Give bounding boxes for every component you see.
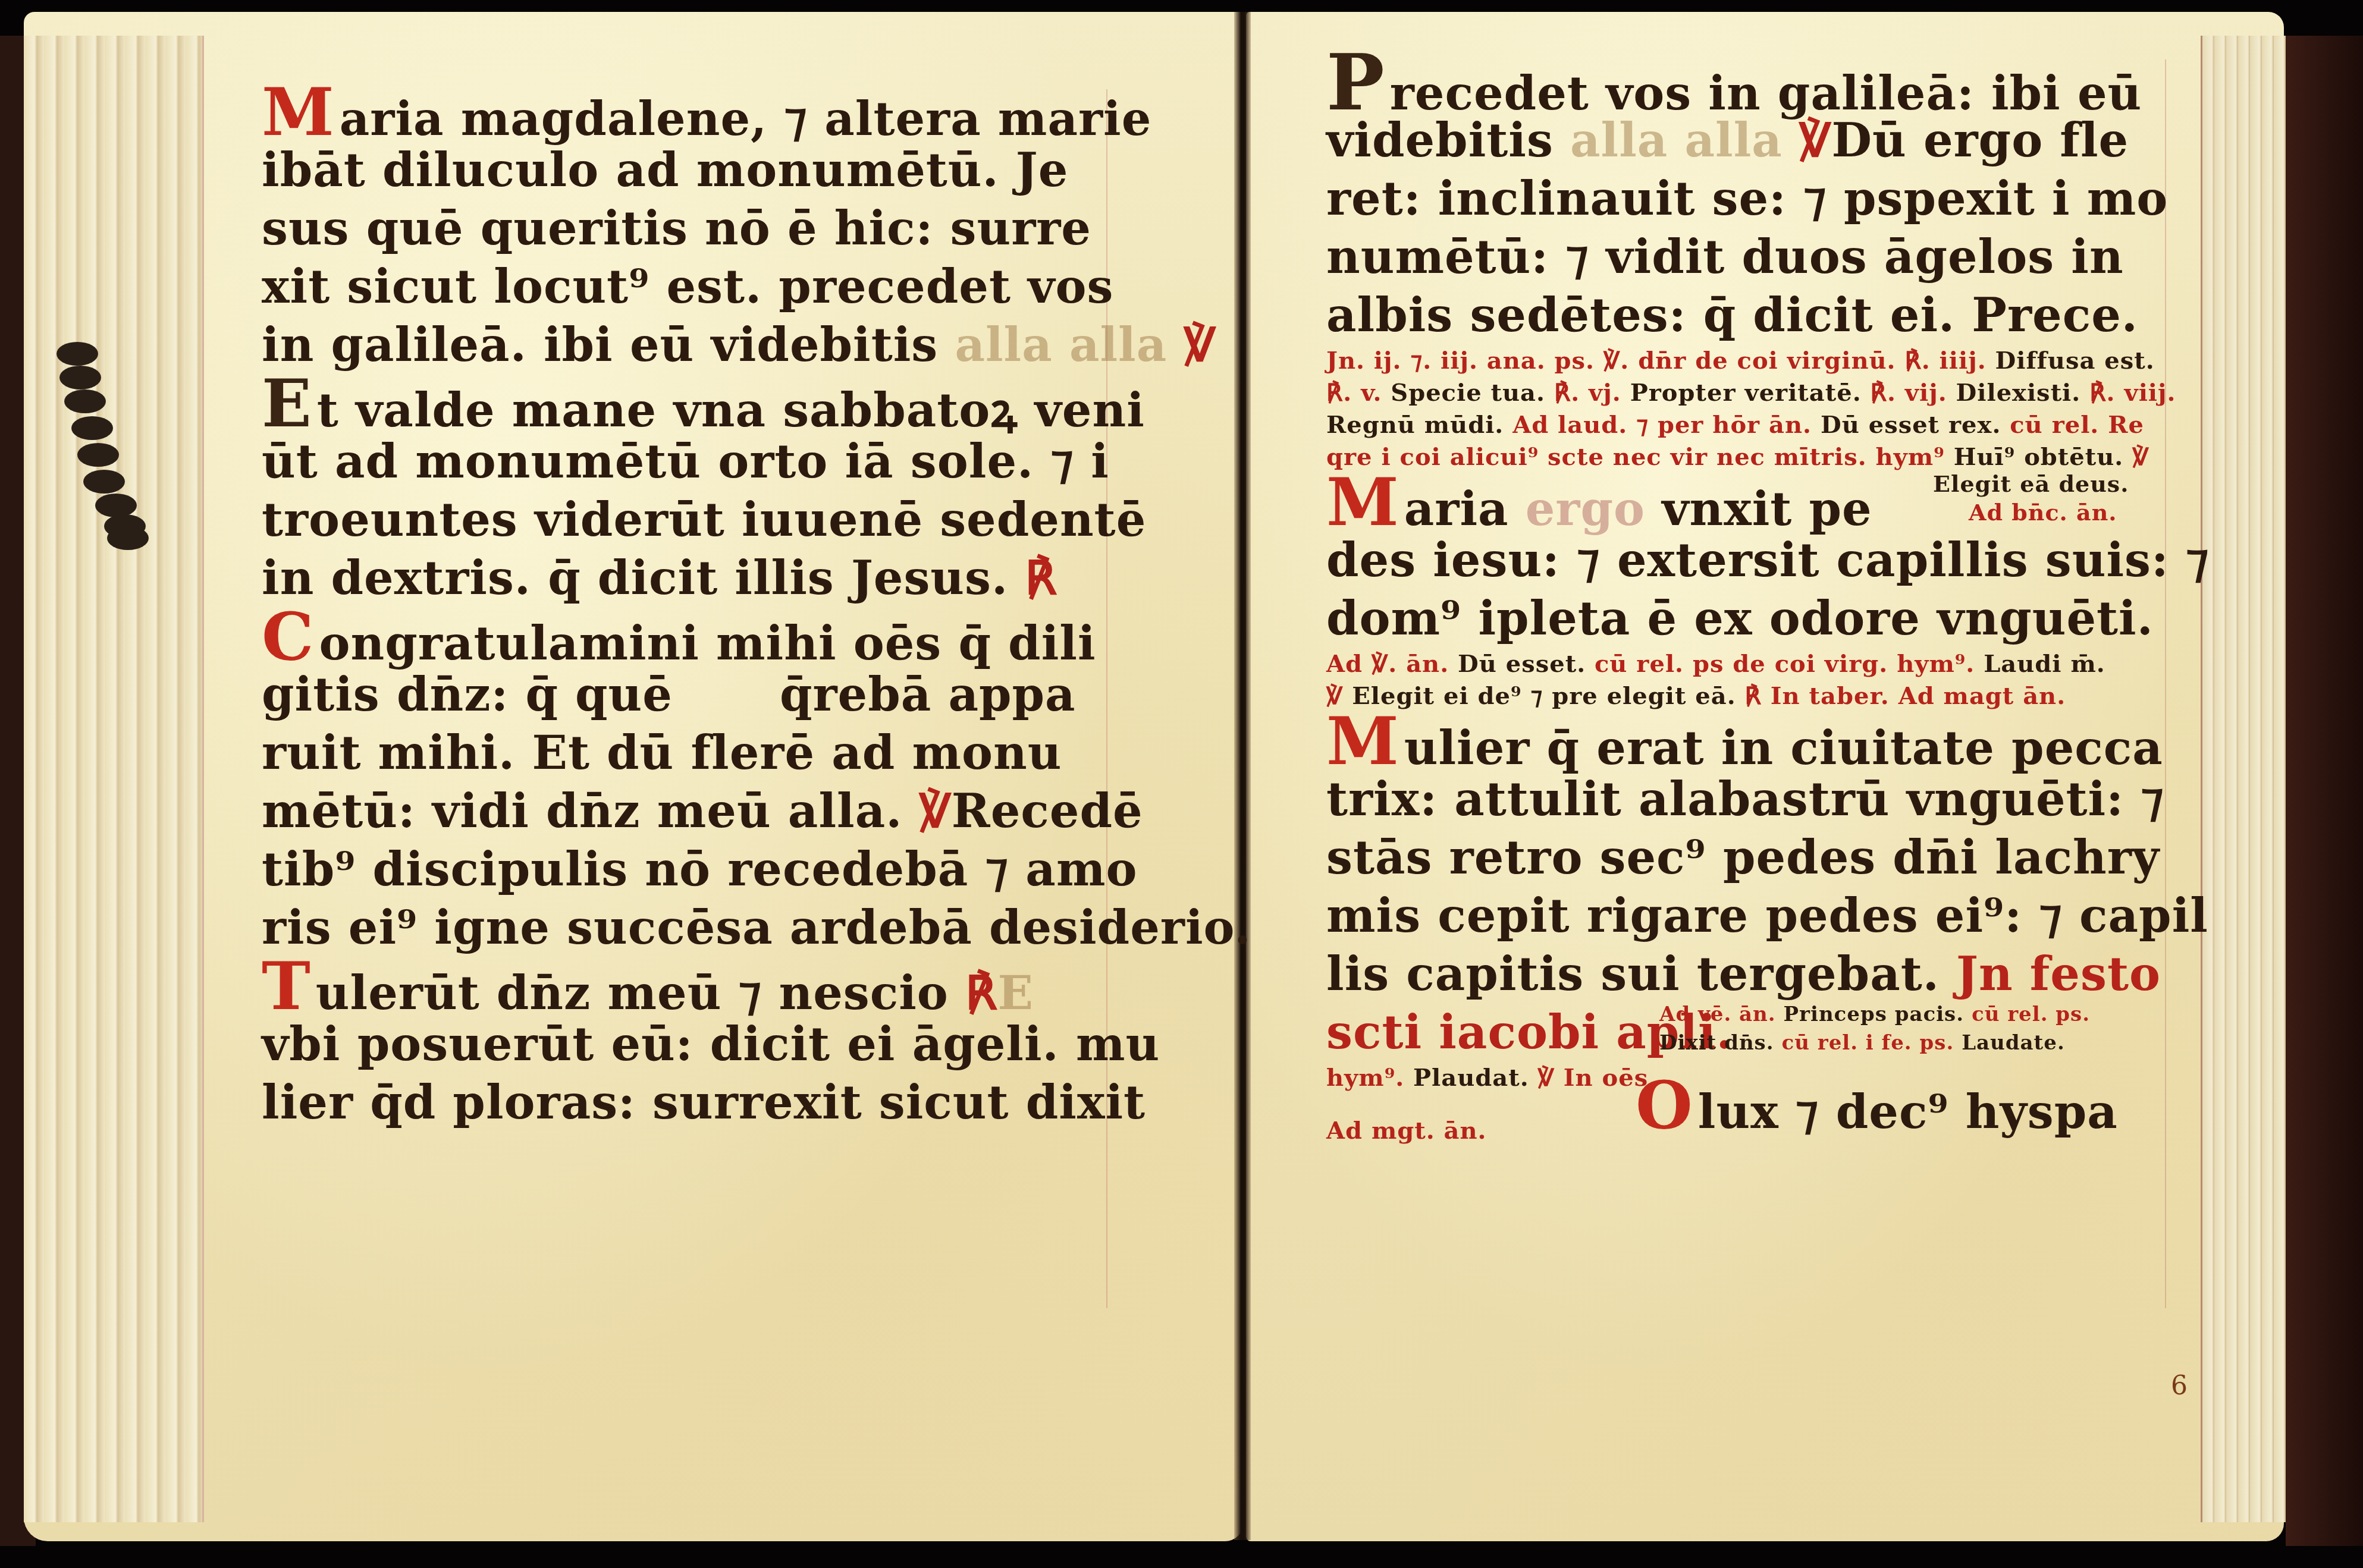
line-text: lier q̄d ploras: surrexit sicut dixit (262, 1076, 1146, 1130)
page-tab (64, 389, 106, 413)
text-line: ret: inclinauit se: ⁊ pspexit i mo (1326, 170, 2171, 228)
line-text: ibāt diluculo ad monumētū. Je (262, 143, 1068, 197)
rubric-line: Ad ℣. ān. Dū esset. cū rel. ps de coi vi… (1326, 648, 2171, 680)
text-line: ris ei⁹ igne succēsa ardebā desiderio. (262, 899, 1124, 957)
red-initial: M (262, 74, 335, 150)
rubric: Jn. ij. ⁊. iij. ana. ps. ℣. dn̄r de coi … (1326, 347, 1987, 375)
binding-cover-right (2286, 36, 2363, 1546)
side-rubric: Ad bn̄c. ān. (1969, 498, 2117, 527)
text-line: vbi posuerūt eū: dicit ei āgeli. mu (262, 1016, 1124, 1074)
foliation-number: 6 (2171, 1371, 2188, 1401)
line-text: Recedē (952, 784, 1143, 838)
line-text: aria magdalene, ⁊ altera marie (340, 92, 1152, 146)
line-text: ruit mihi. Et dū flerē ad monu (262, 726, 1062, 780)
final-line: Olux ⁊ dec⁹ hyspa (1636, 1076, 2118, 1142)
line-text: Elegit ei de⁹ ⁊ pre elegit eā. (1352, 682, 1736, 710)
line-text: lux ⁊ dec⁹ hyspa (1698, 1085, 2118, 1139)
book-gutter (1234, 12, 1251, 1540)
rubric-line: qre i coi alicui⁹ scte nec vir nec mītri… (1326, 441, 2171, 473)
rubric-line: Jn. ij. ⁊. iij. ana. ps. ℣. dn̄r de coi … (1326, 345, 2171, 377)
rubric: ℣ (920, 784, 952, 838)
red-initial: M (1326, 703, 1399, 780)
text-line: gitis dn̄z: q̄ quēq̄rebā appa (262, 666, 1124, 724)
line-text: xit sicut locut⁹ est. precedet vos (262, 260, 1113, 314)
text-line: trix: attulit alabastrū vnguēti: ⁊ (1326, 771, 2171, 829)
line-text: Laudate. (1962, 1031, 2065, 1055)
text-line: Ad mgt. ān. Olux ⁊ dec⁹ hyspa (1326, 1094, 2171, 1152)
line-text: Laudi m̄. (1984, 650, 2105, 678)
text-line: lis capitis sui tergebat. Jn festo (1326, 945, 2171, 1004)
rubric: ℟ (1025, 551, 1057, 605)
red-initial: M (1326, 464, 1399, 541)
line-text: ris ei⁹ igne succēsa ardebā desiderio. (262, 901, 1251, 955)
rubric: cū rel. ps. (1972, 1003, 2090, 1026)
page-tab (77, 443, 119, 467)
right-fore-edge (2201, 36, 2286, 1522)
line-text: in dextris. q̄ dicit illis Jesus. (262, 551, 1008, 605)
rubric-line: Regnū mūdi. Ad laud. ⁊ per hōr ān. Dū es… (1326, 409, 2171, 441)
line-text: ret: inclinauit se: ⁊ pspexit i mo (1326, 172, 2168, 226)
manuscript-spread: Maria magdalene, ⁊ altera marie ibāt dil… (0, 0, 2363, 1568)
left-text-column: Maria magdalene, ⁊ altera marie ibāt dil… (262, 83, 1124, 1132)
rubric: Ad vē. ān. (1659, 1003, 1776, 1026)
line-text: mētū: vidi dn̄z meū alla. (262, 784, 902, 838)
rubric: qre i coi alicui⁹ scte nec vir nec mītri… (1326, 443, 1945, 471)
page-tab (83, 470, 125, 494)
rubric: cū rel. ps de coi virg. hym⁹. (1595, 650, 1975, 678)
line-text: tib⁹ discipulis nō recedebā ⁊ amo (262, 843, 1137, 897)
rubric: Ad mgt. ān. (1326, 1117, 1486, 1145)
side-rubric-block: Dixit dn̄s. cū rel. i fe. ps. Laudate. (1659, 1030, 2065, 1056)
text-line: ibāt diluculo ad monumētū. Je (262, 142, 1124, 200)
line-text: trix: attulit alabastrū vnguēti: ⁊ (1326, 772, 2164, 827)
rubric: ℟ (965, 966, 997, 1020)
page-tab (95, 494, 137, 517)
line-text: Dixit dn̄s. (1659, 1031, 1774, 1055)
line-text: gitis dn̄z: q̄ quē (262, 668, 673, 722)
text-line: ruit mihi. Et dū flerē ad monu (262, 724, 1124, 783)
page-tab (71, 416, 113, 440)
text-line: Maria magdalene, ⁊ altera marie (262, 83, 1124, 142)
line-text: Propter veritatē. (1630, 379, 1862, 407)
faded-text: alla alla (1570, 114, 1783, 168)
text-line: numētū: ⁊ vidit duos āgelos in (1326, 228, 2171, 287)
line-text: Princeps pacis. (1783, 1003, 1964, 1026)
line-text: Huī⁹ obtētu. (1954, 443, 2124, 471)
text-line: Tulerūt dn̄z meū ⁊ nescio ℟E (262, 957, 1124, 1016)
page-tab (59, 366, 101, 389)
line-text: q̄rebā appa (780, 668, 1076, 722)
line-text: Regnū mūdi. (1326, 411, 1504, 439)
line-text: ongratulamini mihi oēs q̄ dili (319, 617, 1096, 671)
faded-text: ergo (1526, 482, 1645, 536)
text-line: Mulier q̄ erat in ciuitate pecca (1326, 712, 2171, 771)
page-tab (107, 526, 149, 550)
text-line: Precedet vos in galileā: ibi eū (1326, 54, 2171, 112)
text-line: scti iacobi apli. Ad vē. ān. Princeps pa… (1326, 1004, 2171, 1062)
text-line: ūt ad monumētū orto iā sole. ⁊ i (262, 433, 1124, 491)
text-line: tib⁹ discipulis nō recedebā ⁊ amo (262, 841, 1124, 899)
line-text: Diffusa est. (1995, 347, 2155, 375)
text-line: Maria ergo vnxit pe Elegit eā deus. Ad b… (1326, 473, 2171, 532)
line-text: ulerūt dn̄z meū ⁊ nescio (316, 966, 949, 1020)
rubric: cū rel. i fe. ps. (1781, 1031, 1954, 1055)
text-line: des iesu: ⁊ extersit capillis suis: ⁊ (1326, 532, 2171, 590)
text-line: Congratulamini mihi oēs q̄ dili (262, 608, 1124, 666)
text-line: mis cepit rigare pedes ei⁹: ⁊ capil (1326, 887, 2171, 945)
text-line: troeuntes viderūt iuuenē sedentē (262, 491, 1124, 549)
text-line: dom⁹ ipleta ē ex odore vnguēti. (1326, 590, 2171, 648)
faded-text: alla alla (955, 318, 1167, 372)
line-text: dom⁹ ipleta ē ex odore vnguēti. (1326, 592, 2154, 646)
line-text: Plaudat. (1413, 1064, 1529, 1092)
line-text: t valde mane vna sabbatoꝝ veni (317, 384, 1145, 438)
rubric: ℣ (1184, 318, 1216, 372)
rubric: ℟ In taber. (1745, 682, 1890, 710)
rubric: hym⁹. (1326, 1064, 1404, 1092)
rubric: ℟. vij. (1871, 379, 1947, 407)
rubric: ℟. viij. (2089, 379, 2176, 407)
rubric: ℟. vj. (1554, 379, 1621, 407)
text-line: xit sicut locut⁹ est. precedet vos (262, 258, 1124, 316)
text-line: videbitis alla alla ℣Dū ergo fle (1326, 112, 2171, 170)
rubric: Ad laud. ⁊ per hōr ān. (1512, 411, 1812, 439)
text-line: albis sedētes: q̄ dicit ei. Prece. (1326, 287, 2171, 345)
text-line: sus quē queritis nō ē hic: surre (262, 200, 1124, 258)
line-text: troeuntes viderūt iuuenē sedentē (262, 493, 1146, 547)
rubric-line: ℣ Elegit ei de⁹ ⁊ pre elegit eā. ℟ In ta… (1326, 680, 2171, 712)
red-initial: T (262, 948, 311, 1025)
line-text: aria (1404, 482, 1509, 536)
line-text: Dilexisti. (1956, 379, 2081, 407)
line-text: ūt ad monumētū orto iā sole. ⁊ i (262, 435, 1109, 489)
text-line: Et valde mane vna sabbatoꝝ veni (262, 375, 1124, 433)
side-text: Elegit eā deus. (1933, 470, 2129, 498)
rubric-line: ℟. v. Specie tua. ℟. vj. Propter veritat… (1326, 377, 2171, 409)
line-text: albis sedētes: q̄ dicit ei. Prece. (1326, 288, 2138, 342)
line-text: Dū esset rex. (1821, 411, 2001, 439)
rubric: Ad ℣. ān. (1326, 650, 1449, 678)
line-text: stās retro sec⁹ pedes dn̄i lachry (1326, 831, 2160, 885)
text-line: lier q̄d ploras: surrexit sicut dixit (262, 1074, 1124, 1132)
line-text: Specie tua. (1391, 379, 1545, 407)
text-line: mētū: vidi dn̄z meū alla. ℣Recedē (262, 783, 1124, 841)
line-text: Dū ergo fle (1831, 114, 2129, 168)
line-text: numētū: ⁊ vidit duos āgelos in (1326, 230, 2124, 284)
line-text: mis cepit rigare pedes ei⁹: ⁊ capil (1326, 889, 2208, 943)
line-text: vnxit pe (1662, 482, 1872, 536)
rubric: Ad magt ān. (1898, 682, 2066, 710)
initial: E (262, 365, 312, 442)
right-text-column: Precedet vos in galileā: ibi eū videbiti… (1326, 54, 2171, 1152)
rubric: Jn festo (1956, 947, 2161, 1001)
text-line: stās retro sec⁹ pedes dn̄i lachry (1326, 829, 2171, 887)
line-text: sus quē queritis nō ē hic: surre (262, 202, 1091, 256)
line-text: des iesu: ⁊ extersit capillis suis: ⁊ (1326, 533, 2210, 587)
line-text: videbitis (1326, 114, 1554, 168)
page-tab (57, 342, 98, 366)
line-text: ulier q̄ erat in ciuitate pecca (1404, 721, 2163, 775)
left-fore-edge (24, 36, 204, 1522)
line-text: in galileā. ibi eū videbitis (262, 318, 938, 372)
rubric: cū rel. Re (2010, 411, 2144, 439)
rubric: ℣ (2132, 443, 2149, 471)
side-rubric-block: Ad vē. ān. Princeps pacis. cū rel. ps. (1659, 1001, 2090, 1027)
text-line: in galileā. ibi eū videbitis alla alla ℣ (262, 316, 1124, 375)
text-line: in dextris. q̄ dicit illis Jesus. ℟ (262, 549, 1124, 608)
rubric: ℟. v. (1326, 379, 1382, 407)
line-text: Dū esset. (1458, 650, 1586, 678)
rubric: ℣ (1799, 114, 1831, 168)
faded-text: E (997, 966, 1033, 1020)
red-initial: O (1636, 1067, 1693, 1143)
red-initial: C (262, 598, 315, 675)
line-text: vbi posuerūt eū: dicit ei āgeli. mu (262, 1017, 1160, 1071)
line-text: lis capitis sui tergebat. (1326, 947, 1940, 1001)
